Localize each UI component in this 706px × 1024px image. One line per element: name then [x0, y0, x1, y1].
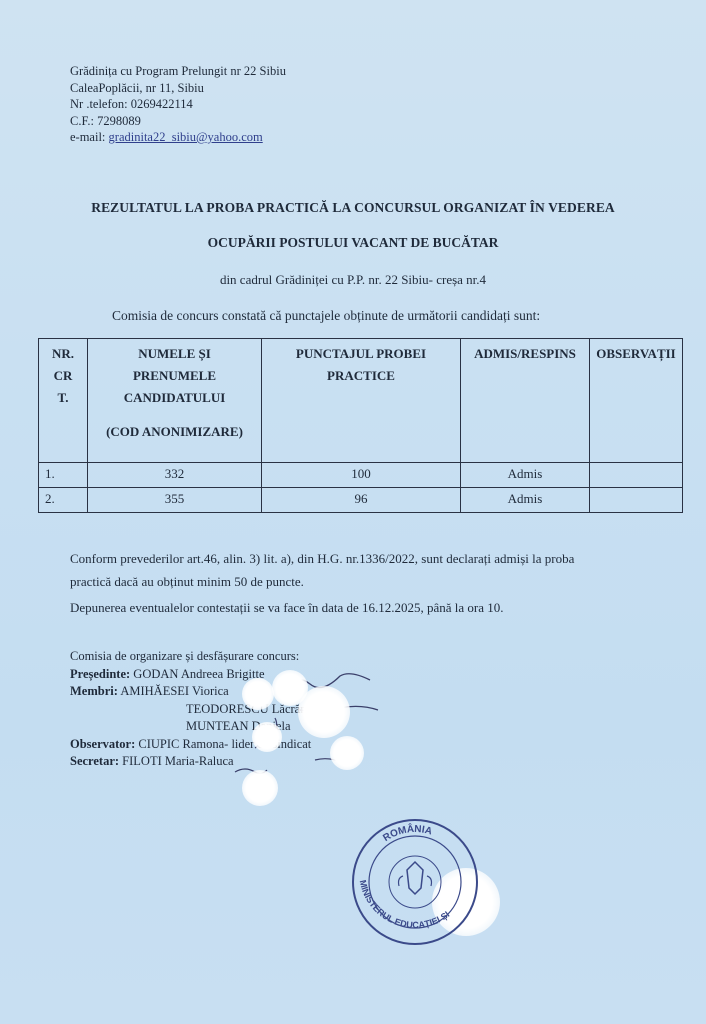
institution-cf: C.F.: 7298089	[70, 113, 286, 130]
secretary-name: FILOTI Maria-Raluca	[119, 754, 234, 768]
appeal-deadline-text: Depunerea eventualelor contestații se va…	[70, 600, 504, 616]
cell-code: 332	[88, 463, 262, 488]
redaction-blur	[252, 722, 282, 752]
president-label: Președinte:	[70, 667, 130, 681]
secretary-label: Secretar:	[70, 754, 119, 768]
header-nr-line: CR	[43, 365, 83, 387]
header-name-line: CANDIDATULUI	[92, 387, 257, 409]
document-title-line2: OCUPĂRII POSTULUI VACANT DE BUCĂTAR	[0, 235, 706, 251]
cell-result: Admis	[461, 463, 590, 488]
header-name-line: PRENUMELE	[92, 365, 257, 387]
cell-score: 96	[262, 488, 461, 513]
redaction-blur	[242, 770, 278, 806]
redaction-blur	[242, 678, 274, 710]
cell-score: 100	[262, 463, 461, 488]
svg-text:MINISTERUL EDUCAȚIEI ȘI: MINISTERUL EDUCAȚIEI ȘI	[358, 879, 452, 930]
header-name-code: (COD ANONIMIZARE)	[92, 421, 257, 443]
header-score-line: PUNCTAJUL PROBEI	[266, 343, 456, 365]
header-result: ADMIS/RESPINS	[461, 339, 590, 463]
document-page: Grădinița cu Program Prelungit nr 22 Sib…	[0, 0, 706, 1024]
document-subtitle: din cadrul Grădiniței cu P.P. nr. 22 Sib…	[0, 272, 706, 288]
header-score: PUNCTAJUL PROBEI PRACTICE	[262, 339, 461, 463]
header-nr: NR. CR T.	[39, 339, 88, 463]
document-title-line1: REZULTATUL LA PROBA PRACTICĂ LA CONCURSU…	[0, 200, 706, 216]
institution-name: Grădinița cu Program Prelungit nr 22 Sib…	[70, 63, 286, 80]
cell-nr: 2.	[39, 488, 88, 513]
institution-address: CaleaPoplăcii, nr 11, Sibiu	[70, 80, 286, 97]
redaction-blur	[330, 736, 364, 770]
table-row: 1. 332 100 Admis	[39, 463, 683, 488]
cell-nr: 1.	[39, 463, 88, 488]
observer-label: Observator:	[70, 737, 135, 751]
header-name: NUMELE ȘI PRENUMELE CANDIDATULUI (COD AN…	[88, 339, 262, 463]
email-link[interactable]: gradinita22_sibiu@yahoo.com	[109, 130, 263, 144]
cell-code: 355	[88, 488, 262, 513]
institution-email-line: e-mail: gradinita22_sibiu@yahoo.com	[70, 129, 286, 146]
cell-result: Admis	[461, 488, 590, 513]
email-label: e-mail:	[70, 130, 109, 144]
institution-phone: Nr .telefon: 0269422114	[70, 96, 286, 113]
redaction-blur	[298, 686, 350, 738]
cell-notes	[590, 488, 683, 513]
header-name-line: NUMELE ȘI	[92, 343, 257, 365]
header-nr-line: NR.	[43, 343, 83, 365]
intro-text: Comisia de concurs constată că punctajel…	[112, 308, 540, 324]
official-stamp: ROMÂNIA MINISTERUL EDUCAȚIEI ȘI	[345, 812, 485, 952]
institution-header: Grădinița cu Program Prelungit nr 22 Sib…	[70, 63, 286, 146]
table-header-row: NR. CR T. NUMELE ȘI PRENUMELE CANDIDATUL…	[39, 339, 683, 463]
results-table: NR. CR T. NUMELE ȘI PRENUMELE CANDIDATUL…	[38, 338, 683, 513]
header-nr-line: T.	[43, 387, 83, 409]
header-score-line: PRACTICE	[266, 365, 456, 387]
members-label: Membri:	[70, 684, 118, 698]
table-row: 2. 355 96 Admis	[39, 488, 683, 513]
admission-rule-text: Conform prevederilor art.46, alin. 3) li…	[70, 547, 590, 593]
cell-notes	[590, 463, 683, 488]
member-name: AMIHĂESEI Viorica	[118, 684, 229, 698]
header-notes: OBSERVAȚII	[590, 339, 683, 463]
